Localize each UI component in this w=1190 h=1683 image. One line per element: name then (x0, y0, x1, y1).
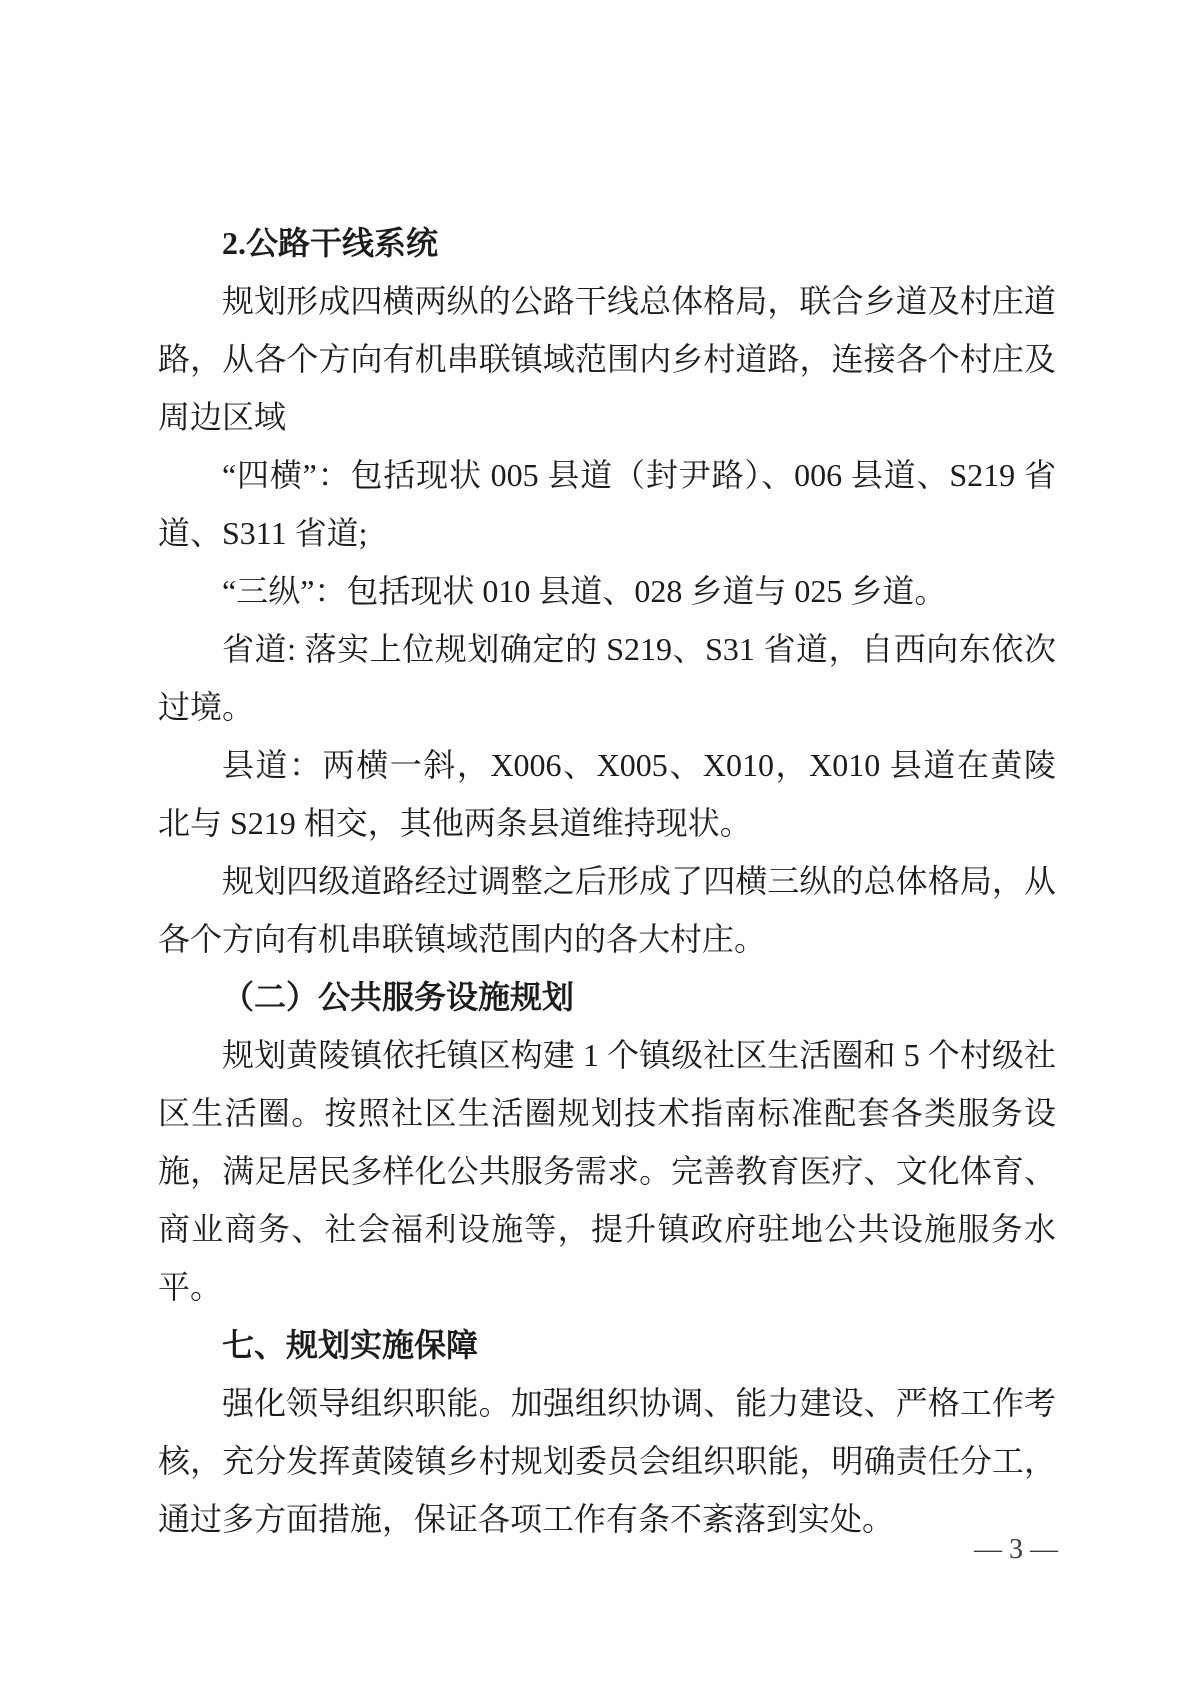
para-highway-overall-layout: 规划形成四横两纵的公路干线总体格局，联合乡道及村庄道路，从各个方向有机串联镇域范… (158, 272, 1056, 446)
para-county-roads: 县道：两横一斜，X006、X005、X010，X010 县道在黄陵北与 S219… (158, 736, 1056, 852)
heading-plan-implementation-safeguard: 七、规划实施保障 (158, 1316, 1056, 1374)
document-page: 2.公路干线系统 规划形成四横两纵的公路干线总体格局，联合乡道及村庄道路，从各个… (0, 0, 1190, 1683)
para-provincial-roads: 省道: 落实上位规划确定的 S219、S31 省道，自西向东依次过境。 (158, 620, 1056, 736)
heading-highway-trunk-system: 2.公路干线系统 (158, 214, 1056, 272)
para-community-life-circles: 规划黄陵镇依托镇区构建 1 个镇级社区生活圈和 5 个村级社区生活圈。按照社区生… (158, 1026, 1056, 1316)
document-body: 2.公路干线系统 规划形成四横两纵的公路干线总体格局，联合乡道及村庄道路，从各个… (158, 214, 1056, 1548)
para-three-vertical-roads: “三纵”：包括现状 010 县道、028 乡道与 025 乡道。 (158, 562, 1056, 620)
page-footer: — 3 — (974, 1533, 1058, 1567)
para-implementation-measures: 强化领导组织职能。加强组织协调、能力建设、严格工作考核，充分发挥黄陵镇乡村规划委… (158, 1374, 1056, 1548)
para-four-level-road-pattern: 规划四级道路经过调整之后形成了四横三纵的总体格局，从各个方向有机串联镇域范围内的… (158, 852, 1056, 968)
page-number: — 3 — (974, 1534, 1058, 1565)
para-four-horizontal-roads: “四横”：包括现状 005 县道（封尹路）、006 县道、S219 省道、S31… (158, 446, 1056, 562)
heading-public-service-facilities-plan: （二）公共服务设施规划 (158, 968, 1056, 1026)
